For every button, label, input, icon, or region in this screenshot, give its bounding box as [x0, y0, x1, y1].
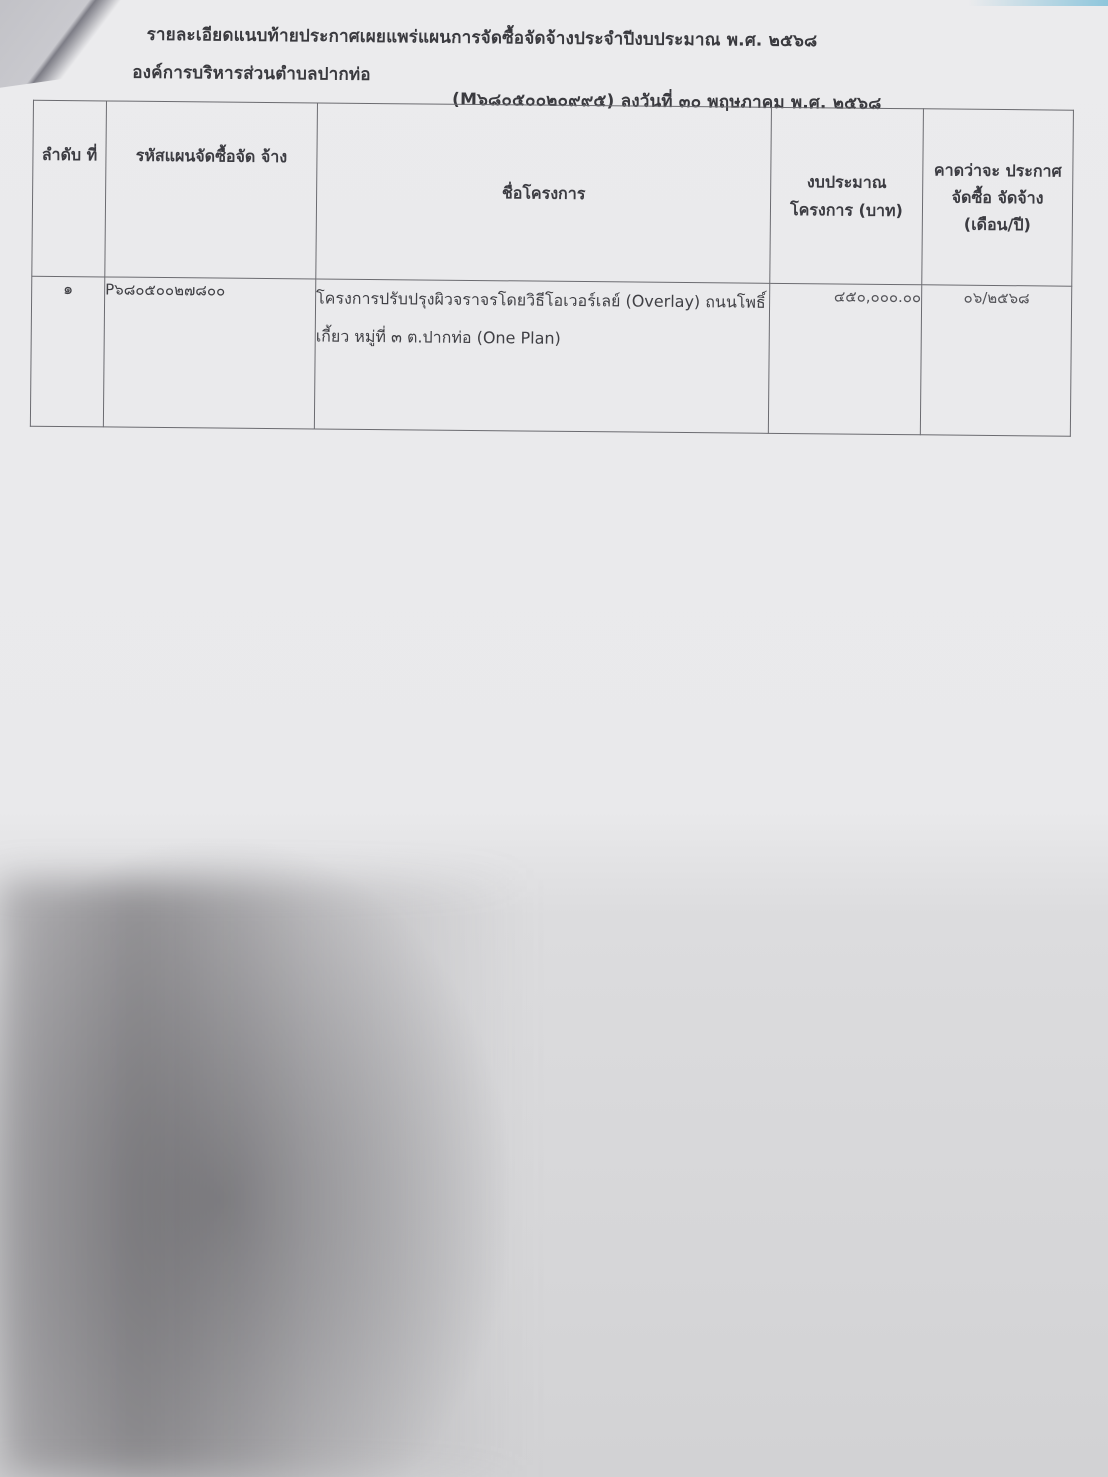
header-name: ชื่อโครงการ [316, 103, 772, 283]
background-edge [968, 0, 1108, 6]
cell-expected-date: ๐๖/๒๕๖๘ [920, 285, 1071, 436]
photo-shadow [0, 880, 700, 1477]
header-expected-date: คาดว่าจะ ประกาศจัดซื้อ จัดจ้าง (เดือน/ปี… [922, 109, 1074, 286]
cell-no: ๑ [30, 276, 104, 427]
procurement-plan-table: ลำดับ ที่ รหัสแผนจัดซื้อจัด จ้าง ชื่อโคร… [30, 100, 1074, 437]
organization-name: องค์การบริหารส่วนตำบลปากท่อ [132, 59, 371, 88]
cell-project-name: โครงการปรับปรุงผิวจราจรโดยวิธีโอเวอร์เลย… [314, 279, 769, 433]
cell-plan-code: P๖๘๐๕๐๐๒๗๘๐๐ [103, 277, 315, 429]
cell-budget: ๔๕๐,๐๐๐.๐๐ [768, 283, 921, 434]
header-budget: งบประมาณ โครงการ (บาท) [770, 107, 924, 284]
table-header-row: ลำดับ ที่ รหัสแผนจัดซื้อจัด จ้าง ชื่อโคร… [32, 100, 1074, 286]
header-code: รหัสแผนจัดซื้อจัด จ้าง [105, 101, 318, 279]
table-row: ๑ P๖๘๐๕๐๐๒๗๘๐๐ โครงการปรับปรุงผิวจราจรโด… [30, 276, 1071, 436]
header-no: ลำดับ ที่ [32, 100, 107, 277]
